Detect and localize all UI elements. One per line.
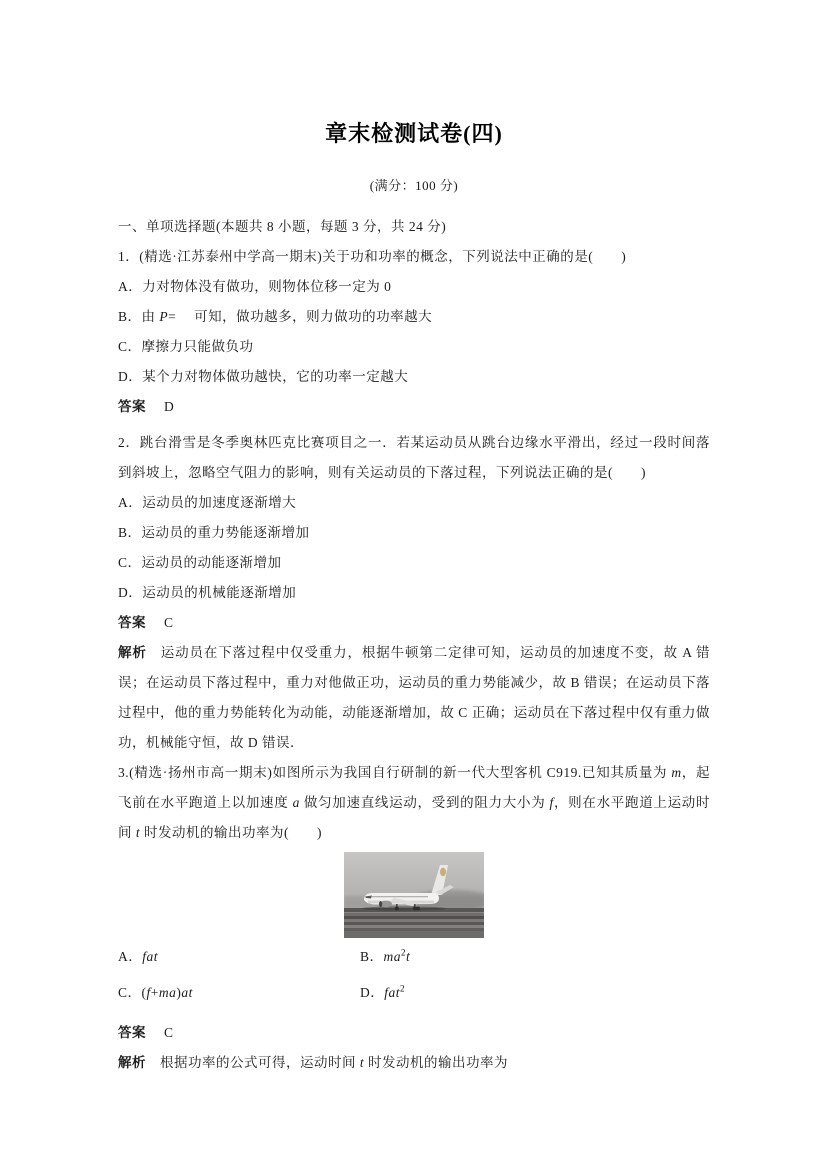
question-2: 2．跳台滑雪是冬季奥林匹克比赛项目之一．若某运动员从跳台边缘水平滑出，经过一段时… <box>118 428 710 758</box>
question-1-stem: 1．(精选·江苏泰州中学高一期末)关于功和功率的概念，下列说法中正确的是( ) <box>118 242 710 272</box>
question-1-option-a: A．力对物体没有做功，则物体位移一定为 0 <box>118 272 710 302</box>
question-1-option-c: C．摩擦力只能做负功 <box>118 332 710 362</box>
question-2-analysis: 解析运动员在下落过程中仅受重力，根据牛顿第二定律可知，运动员的加速度不变，故 A… <box>118 638 710 758</box>
answer-value: C <box>164 1025 174 1040</box>
question-2-option-a: A．运动员的加速度逐渐增大 <box>118 488 710 518</box>
question-3-options-row-2: C．(f+ma)at D．fat2 <box>118 978 710 1008</box>
answer-label: 答案 <box>118 399 146 414</box>
question-3: 3.(精选·扬州市高一期末)如图所示为我国自行研制的新一代大型客机 C919.已… <box>118 758 710 1078</box>
analysis-label: 解析 <box>118 1055 146 1070</box>
page-content: 章末检测试卷(四) (满分：100 分) 一、单项选择题(本题共 8 小题，每题… <box>118 0 710 1078</box>
analysis-text: 运动员在下落过程中仅受重力，根据牛顿第二定律可知，运动员的加速度不变，故 A 错… <box>118 645 710 750</box>
question-2-option-c: C．运动员的动能逐渐增加 <box>118 548 710 578</box>
section-heading: 一、单项选择题(本题共 8 小题，每题 3 分，共 24 分) <box>118 212 710 242</box>
answer-value: C <box>164 615 174 630</box>
question-2-stem: 2．跳台滑雪是冬季奥林匹克比赛项目之一．若某运动员从跳台边缘水平滑出，经过一段时… <box>118 428 710 488</box>
question-2-answer: 答案C <box>118 608 710 638</box>
answer-label: 答案 <box>118 615 146 630</box>
question-3-stem: 3.(精选·扬州市高一期末)如图所示为我国自行研制的新一代大型客机 C919.已… <box>118 758 710 848</box>
question-2-option-b: B．运动员的重力势能逐渐增加 <box>118 518 710 548</box>
answer-value: D <box>164 399 174 414</box>
answer-label: 答案 <box>118 1025 146 1040</box>
question-1-answer: 答案D <box>118 392 710 422</box>
question-3-analysis: 解析根据功率的公式可得，运动时间 t 时发动机的输出功率为 <box>118 1048 710 1078</box>
question-3-option-d: D．fat2 <box>360 978 405 1008</box>
page-title: 章末检测试卷(四) <box>118 118 710 150</box>
question-3-answer: 答案C <box>118 1018 710 1048</box>
question-1: 1．(精选·江苏泰州中学高一期末)关于功和功率的概念，下列说法中正确的是( ) … <box>118 242 710 422</box>
c919-airplane-photo <box>344 852 484 938</box>
analysis-label: 解析 <box>118 645 147 660</box>
score-note: (满分：100 分) <box>118 176 710 196</box>
question-3-option-c: C．(f+ma)at <box>118 978 360 1008</box>
question-1-option-d: D．某个力对物体做功越快，它的功率一定越大 <box>118 362 710 392</box>
question-1-option-b: B．由 P= 可知，做功越多，则力做功的功率越大 <box>118 302 710 332</box>
question-3-option-a: A．fat <box>118 942 360 972</box>
question-2-option-d: D．运动员的机械能逐渐增加 <box>118 578 710 608</box>
document-page: { "colors": { "page_bg": "#ffffff", "tex… <box>0 0 827 1169</box>
question-3-option-b: B．ma2t <box>360 942 410 972</box>
question-3-options-row-1: A．fat B．ma2t <box>118 942 710 972</box>
analysis-text: 根据功率的公式可得，运动时间 t 时发动机的输出功率为 <box>160 1055 508 1070</box>
